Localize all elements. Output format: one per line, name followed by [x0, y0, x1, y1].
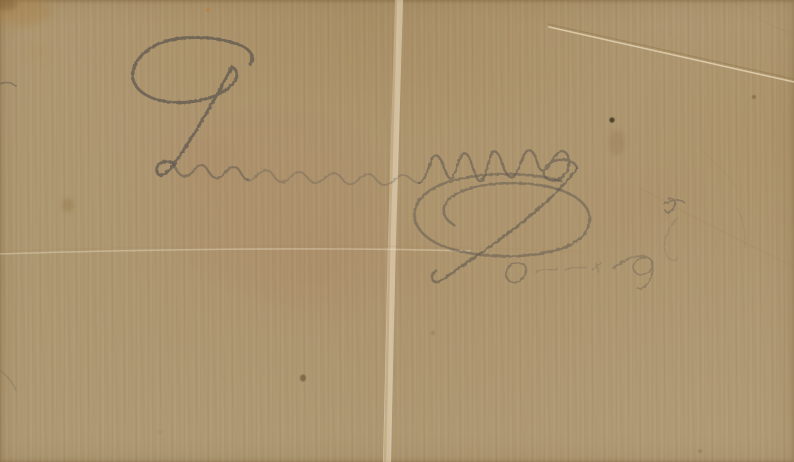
stain-fleck-top-right	[752, 95, 756, 99]
stain-smudge-right	[609, 130, 625, 156]
stain-dark-dot-right	[609, 117, 614, 122]
stain-rust-dot-top	[206, 8, 210, 12]
paper-svg	[0, 0, 794, 462]
stain-smudge-upper-left	[29, 45, 47, 59]
stain-spot-top-middle	[528, 10, 538, 16]
stain-speck-bottom-right	[698, 449, 702, 453]
scanned-paper	[0, 0, 794, 462]
stain-dot-bottom-center	[300, 375, 306, 382]
stain-speck-center	[431, 331, 435, 335]
stain-spot-left	[62, 198, 74, 212]
stain-smudge-top-right	[651, 39, 669, 49]
stain-speck-bottom-left	[157, 430, 163, 434]
stain-tan-spot-top	[342, 54, 354, 62]
